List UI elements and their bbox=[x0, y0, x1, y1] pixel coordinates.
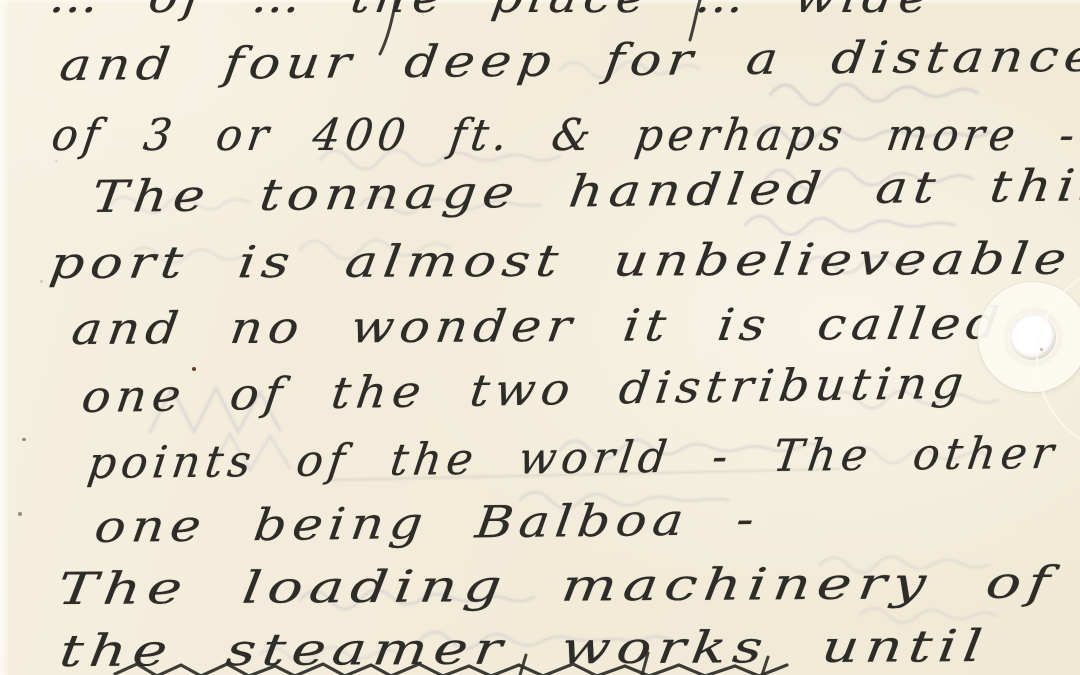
letter-page: … of … the place … wide and four deep fo… bbox=[0, 0, 1080, 675]
paper-speck bbox=[40, 280, 43, 283]
paper-speck bbox=[55, 160, 58, 162]
red-ink-speck bbox=[192, 367, 196, 371]
paper-speck bbox=[18, 512, 22, 516]
paper-speck bbox=[22, 438, 26, 441]
cut-line-stroke-fragments bbox=[0, 0, 1080, 675]
